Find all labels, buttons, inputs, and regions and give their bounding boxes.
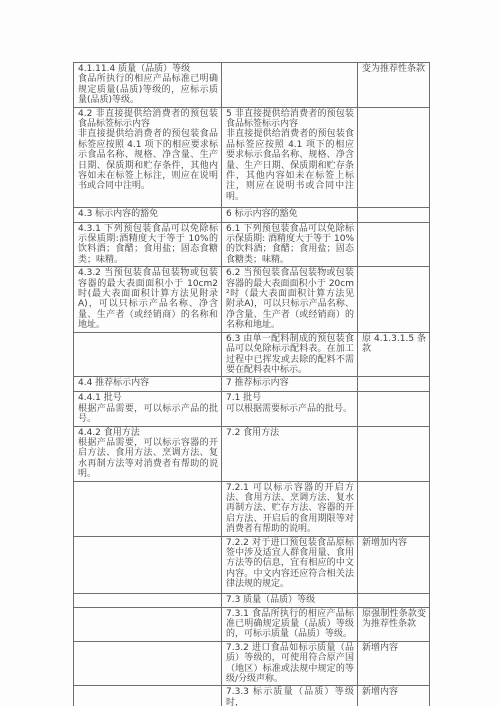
table-cell: [358, 426, 430, 481]
table-row: 7.3.1 食品所执行的相应产品标准已明确规定质量（品质）等级的，可标示质量（品…: [74, 607, 430, 641]
table-row: 6.3 由单一配料制成的预包装食品可以免除标示配料表。在加工过程中已挥发或去除的…: [74, 332, 430, 377]
table-cell: [358, 377, 430, 392]
table-cell: [74, 607, 222, 641]
table-cell: [222, 63, 358, 108]
table-cell: 6.1 下列预包装食品可以免除标示保质期: 酒精度大于等于 10%的饮料酒；食醋…: [222, 222, 358, 267]
table-cell: [358, 392, 430, 426]
table-cell: 原 4.1.3.1.5 条款: [358, 332, 430, 377]
table-row: 4.2 非直接提供给消费者的预包装食品标签标示内容 非直接提供给消费者的预包装食…: [74, 107, 430, 207]
table-cell: 4.3 标示内容的豁免: [74, 207, 222, 222]
table-cell: 7.2.2 对于进口预包装食品原标签中涉及适宜人群食用量、食用方法等的信息，宜有…: [222, 536, 358, 593]
table-cell: 7.3.1 食品所执行的相应产品标准已明确规定质量（品质）等级的，可标示质量（品…: [222, 607, 358, 641]
table-row: 4.3.1 下列预包装食品可以免除标示保质期:酒精度大于等于 10%的饮料酒；食…: [74, 222, 430, 267]
table-cell: [74, 536, 222, 593]
table-cell: 原强制性条款变为推荐性条款: [358, 607, 430, 641]
table-cell: 7.1 批号 可以根据需要标示产品的批号。: [222, 392, 358, 426]
table-cell: [358, 107, 430, 207]
table-row: 4.3.2 当预包装食品包装物或包装容器的最大表面面积小于 10cm2 时(最大…: [74, 267, 430, 332]
table-row: 4.4 推荐标示内容 7 推荐标示内容: [74, 377, 430, 392]
table-row: 7.3 质量（品质）等级: [74, 593, 430, 607]
table-cell: 变为推荐性条款: [358, 63, 430, 108]
table-cell: 7.3.2 进口食品如标示质量（品质）等级的，可使用符合原产国（地区）标准或法规…: [222, 641, 358, 686]
table-row: 4.1.11.4 质量（品质）等级 食品所执行的相应产品标准已明确规定质量(品质…: [74, 63, 430, 108]
table-cell: 新增加内容: [358, 536, 430, 593]
table-cell: [74, 332, 222, 377]
table-row: 7.2.2 对于进口预包装食品原标签中涉及适宜人群食用量、食用方法等的信息，宜有…: [74, 536, 430, 593]
table-row: 7.3.2 进口食品如标示质量（品质）等级的，可使用符合原产国（地区）标准或法规…: [74, 641, 430, 686]
table-row: 7.2.1 可以标示容器的开启方法、食用方法、烹调方法、复水再制方法、贮存方法、…: [74, 481, 430, 536]
table-row: 4.4.1 批号 根据产品需要，可以标示产品的批号。 7.1 批号 可以根据需要…: [74, 392, 430, 426]
table-cell: 新增内容: [358, 641, 430, 686]
table-cell: 7.2 食用方法: [222, 426, 358, 481]
table-cell: 新增内容: [358, 686, 430, 706]
table-cell: [358, 267, 430, 332]
table-cell: 6.2 当预包装食品包装物或包装容器的最大表面面积小于 20cm²时（最大表面面…: [222, 267, 358, 332]
table-cell: [74, 686, 222, 706]
standards-comparison-table: 4.1.11.4 质量（品质）等级 食品所执行的相应产品标准已明确规定质量(品质…: [73, 62, 430, 706]
table-cell: [358, 207, 430, 222]
table-cell: 4.1.11.4 质量（品质）等级 食品所执行的相应产品标准已明确规定质量(品质…: [74, 63, 222, 108]
table-row: 4.4.2 食用方法 根据产品需要，可以标示容器的开启方法、食用方法、烹调方法、…: [74, 426, 430, 481]
table-cell: 5 非直接提供给消费者的预包装食品标签标示内容 非直接提供给消费者的预包装食品标…: [222, 107, 358, 207]
table-cell: 4.4.2 食用方法 根据产品需要，可以标示容器的开启方法、食用方法、烹调方法、…: [74, 426, 222, 481]
table-cell: 7.3.3 标示质量（品质）等级时，: [222, 686, 358, 706]
table-cell: 6 标示内容的豁免: [222, 207, 358, 222]
table-cell: 4.4 推荐标示内容: [74, 377, 222, 392]
table-cell: [74, 593, 222, 607]
table-cell: 4.4.1 批号 根据产品需要，可以标示产品的批号。: [74, 392, 222, 426]
table-cell: 4.2 非直接提供给消费者的预包装食品标签标示内容 非直接提供给消费者的预包装食…: [74, 107, 222, 207]
table-cell: 7 推荐标示内容: [222, 377, 358, 392]
table-cell: [74, 481, 222, 536]
table-cell: [358, 481, 430, 536]
table-cell: [74, 641, 222, 686]
table-cell: 4.3.2 当预包装食品包装物或包装容器的最大表面面积小于 10cm2 时(最大…: [74, 267, 222, 332]
table-row: 4.3 标示内容的豁免 6 标示内容的豁免: [74, 207, 430, 222]
table-cell: 7.3 质量（品质）等级: [222, 593, 358, 607]
table-cell: 4.3.1 下列预包装食品可以免除标示保质期:酒精度大于等于 10%的饮料酒；食…: [74, 222, 222, 267]
table-cell: 7.2.1 可以标示容器的开启方法、食用方法、烹调方法、复水再制方法、贮存方法、…: [222, 481, 358, 536]
table-cell: 6.3 由单一配料制成的预包装食品可以免除标示配料表。在加工过程中已挥发或去除的…: [222, 332, 358, 377]
document-page: 4.1.11.4 质量（品质）等级 食品所执行的相应产品标准已明确规定质量(品质…: [0, 0, 499, 706]
table-cell: [358, 222, 430, 267]
table-cell: [358, 593, 430, 607]
table-row: 7.3.3 标示质量（品质）等级时， 新增内容: [74, 686, 430, 706]
